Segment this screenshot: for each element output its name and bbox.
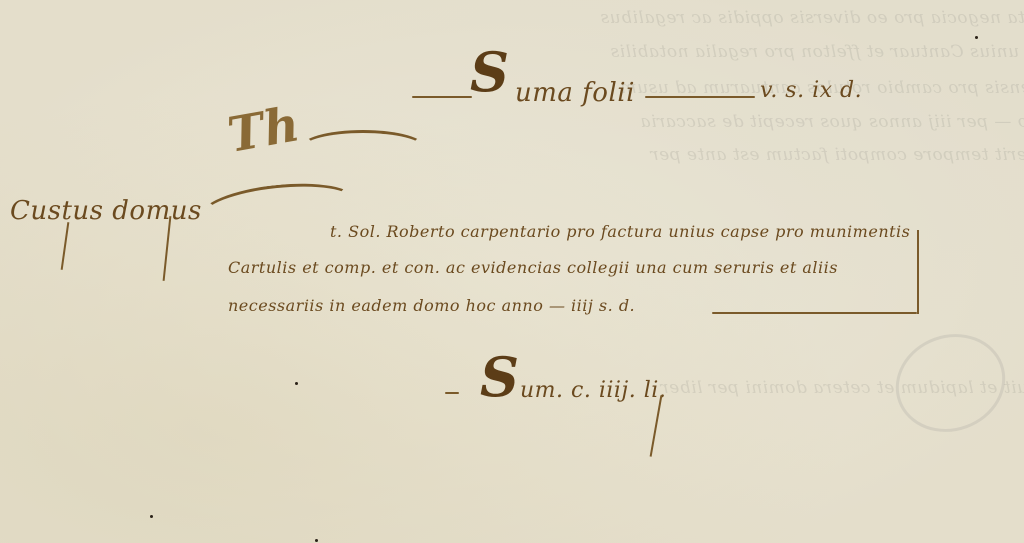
heading-rule — [645, 96, 755, 98]
body-line-2: Cartulis et comp. et con. ac evidencias … — [228, 258, 838, 277]
total-descender — [650, 395, 663, 456]
margin-flourish: Th — [224, 96, 304, 164]
bracket — [917, 230, 919, 314]
heading-lead-stroke — [412, 96, 472, 98]
ink-speck — [315, 539, 318, 542]
ink-speck — [295, 382, 298, 385]
margin-descender — [61, 222, 70, 270]
body-line-1: t. Sol. Roberto carpentario pro factura … — [330, 222, 910, 241]
heading-amount: v. s. ix d. — [760, 78, 862, 103]
heading-word: uma folii — [515, 78, 635, 108]
show-through-line: Et cum fuerit tempore compoti factum est… — [650, 145, 1024, 165]
body-line-3: necessariis in eadem domo hoc anno — iii… — [228, 296, 635, 315]
total-text: um. c. iiij. li. — [520, 378, 666, 403]
total-lead-stroke — [445, 392, 459, 394]
ink-speck — [975, 36, 978, 39]
ink-speck — [150, 515, 153, 518]
faded-stamp — [882, 319, 1019, 447]
heading-initial: S — [470, 40, 510, 104]
show-through-line: expensis unius Cantuar et ffelton pro re… — [610, 42, 1024, 62]
flourish-stroke — [300, 130, 426, 166]
margin-note: Custus domus — [10, 196, 202, 226]
show-through-line: unde dicta negocia pro eo diversis oppid… — [600, 8, 1024, 28]
total-initial: S — [480, 345, 520, 409]
manuscript-page: unde dicta negocia pro eo diversis oppid… — [0, 0, 1024, 543]
show-through-line: domino — per iiij annos quos recepit de … — [640, 112, 1024, 132]
body-rule — [712, 312, 917, 314]
